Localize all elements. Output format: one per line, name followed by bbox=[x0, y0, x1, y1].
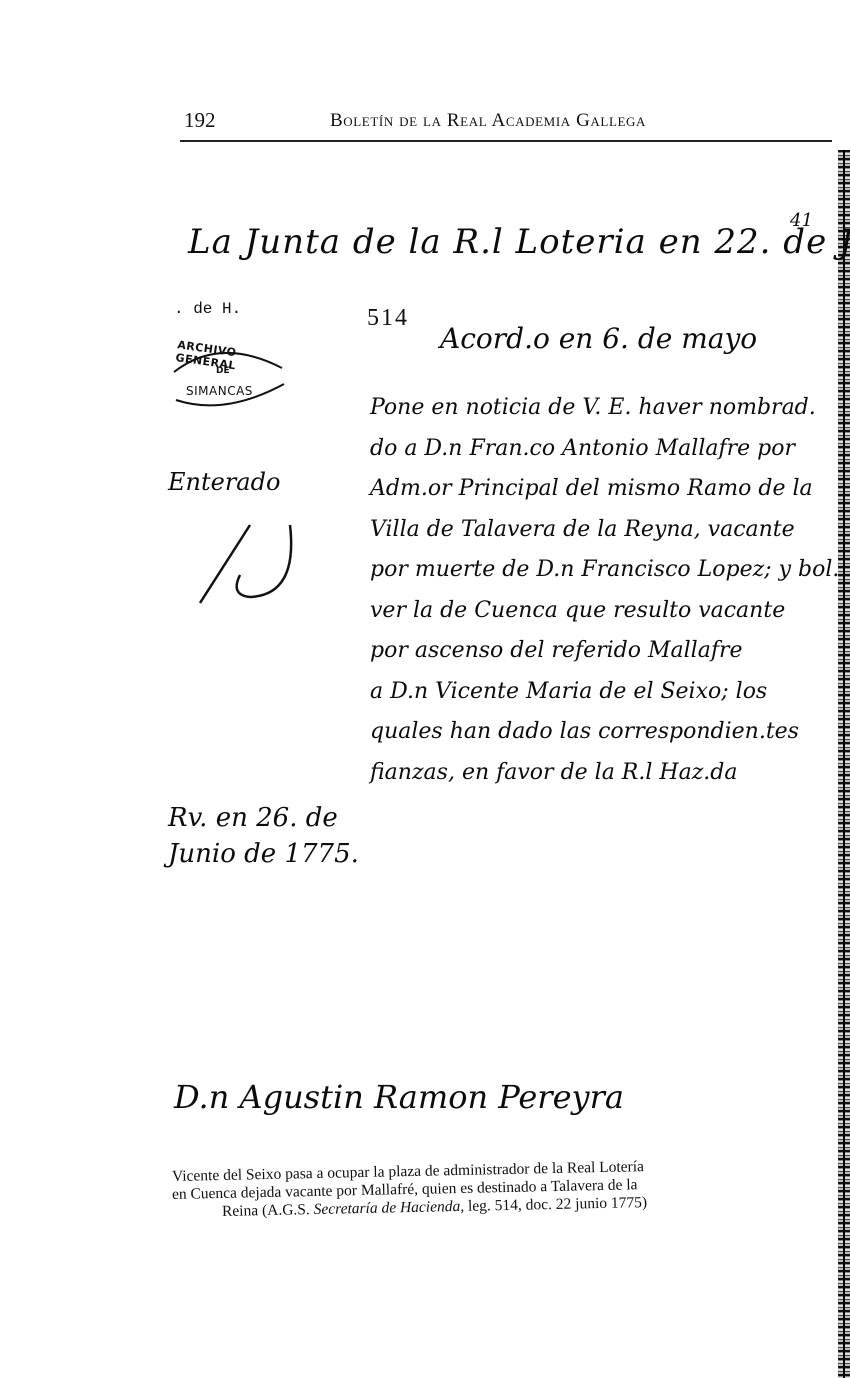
stamp-line-2: DE bbox=[216, 366, 230, 376]
page-edge-line bbox=[843, 150, 845, 1378]
running-head: Boletín de la Real Academia Gallega bbox=[330, 110, 646, 132]
received-line: Junio de 1775. bbox=[168, 836, 359, 872]
body-line: Pone en noticia de V. E. haver nombrad. bbox=[370, 388, 840, 429]
agreement-note: Acord.o en 6. de mayo bbox=[440, 322, 757, 355]
folio-number: 41 bbox=[790, 210, 813, 231]
margin-note: Enterado bbox=[168, 468, 280, 496]
header-rule bbox=[180, 140, 832, 142]
body-line: Villa de Talavera de la Reyna, vacante bbox=[370, 510, 840, 551]
body-line: por ascenso del referido Mallafre bbox=[370, 631, 840, 672]
caption-text: Reina (A.G.S. bbox=[222, 1201, 314, 1220]
body-line: por muerte de D.n Francisco Lopez; y bol… bbox=[370, 550, 840, 591]
archive-stamp: ARCHIVO GENERAL DE SIMANCAS bbox=[170, 342, 290, 412]
signature: D.n Agustin Ramon Pereyra bbox=[174, 1078, 624, 1116]
figure-caption: Vicente del Seixo pasa a ocupar la plaza… bbox=[172, 1168, 812, 1222]
body-line: a D.n Vicente Maria de el Seixo; los bbox=[370, 672, 840, 713]
body-line: ver la de Cuenca que resulto vacante bbox=[370, 591, 840, 632]
body-line: Adm.or Principal del mismo Ramo de la bbox=[370, 469, 840, 510]
received-line: Rv. en 26. de bbox=[168, 800, 359, 836]
body-line: fianzas, en favor de la R.l Haz.da bbox=[370, 753, 840, 794]
received-note: Rv. en 26. de Junio de 1775. bbox=[168, 800, 359, 872]
flourish-icon bbox=[190, 505, 300, 605]
body-line: quales han dado las correspondien.tes bbox=[370, 712, 840, 753]
stamp-line-3: SIMANCAS bbox=[186, 384, 253, 398]
caption-text: leg. 514, doc. 22 junio 1775) bbox=[464, 1194, 647, 1215]
legajo-number: 514 bbox=[367, 305, 409, 332]
page-number: 192 bbox=[184, 108, 216, 133]
manuscript-heading: La Junta de la R.l Loteria en 22. de Jun… bbox=[188, 222, 850, 262]
manuscript-body: Pone en noticia de V. E. haver nombrad. … bbox=[370, 388, 840, 793]
body-line: do a D.n Fran.co Antonio Mallafre por bbox=[370, 429, 840, 470]
caption-source-italic: Secretaría de Hacienda, bbox=[313, 1198, 464, 1218]
archive-reference: . de H. bbox=[174, 300, 241, 318]
